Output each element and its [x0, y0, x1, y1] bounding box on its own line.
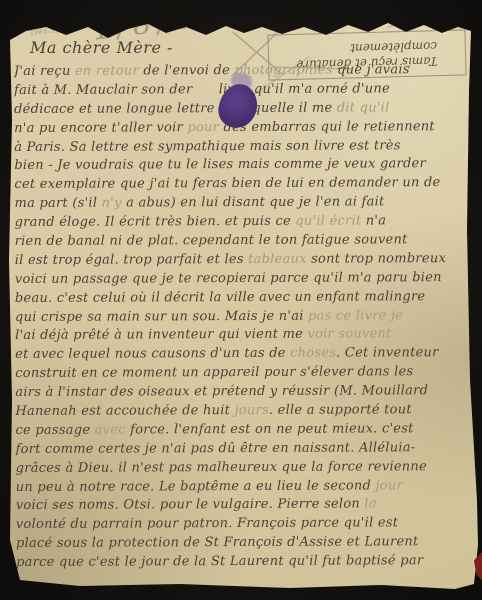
letter-line-segment: . elle a supporté tout — [269, 402, 412, 418]
letter-line: ma part (s'il n'y a abus) en lui disant … — [14, 194, 472, 215]
letter-line: l'ai déjà prêté à un inventeur qui vient… — [15, 326, 473, 347]
letter-line: qui crispe sa main sur un sou. Mais je n… — [15, 308, 473, 329]
letter-line: rien de banal ni de plat. cependant le t… — [15, 232, 473, 253]
archive-note-line: E. Bernard — [29, 17, 70, 29]
letter-line-segment: dit qu'il — [337, 100, 390, 115]
letter-line-segment: J'ai reçu — [14, 64, 75, 79]
letter-line-segment: construit en ce moment un appareil pour … — [15, 365, 413, 382]
letter-line-segment: rien de banal ni de plat. cependant le t… — [15, 232, 408, 249]
letter-line: grâces à Dieu. il n'est pas malheureux q… — [16, 459, 474, 480]
letter-line-segment: grand éloge. Il écrit très bien. et puis… — [15, 214, 296, 230]
letter-line-segment: et avec lequel nous causons d'un tas de — [15, 346, 290, 362]
letter-line-segment: voici ses noms. Otsi. pour le vulgaire. … — [16, 497, 365, 514]
letter-line: voici un passage que je te recopierai pa… — [15, 270, 473, 291]
letter-line: grand éloge. Il écrit très bien. et puis… — [15, 213, 473, 234]
letter-line: un peu à notre race. Le baptême a eu lie… — [16, 478, 474, 499]
archive-note-line: Ca. MAN — [28, 9, 69, 21]
letter-line: fort comme certes je n'ai pas dû être en… — [16, 440, 474, 461]
letter-line-segment: l'ai déjà prêté à un inventeur qui vient… — [15, 327, 307, 343]
letter-line: volonté du parrain pour patron. François… — [16, 515, 474, 536]
letter-line-segment: Hanenah est accouchée de huit — [15, 403, 234, 419]
letter-line-segment: a abus) en lui disant que je l'en ai fai… — [126, 195, 384, 211]
letter-line-segment: voici un passage que je te recopierai pa… — [15, 270, 442, 287]
letter-line-segment: n'a pu encore t'aller voir — [14, 120, 187, 136]
letter-line-segment — [192, 82, 218, 97]
letter-line: ce passage avec force. l'enfant est on n… — [15, 421, 473, 442]
letter-line-segment: la — [364, 497, 376, 512]
letter-line: construit en ce moment un appareil pour … — [15, 364, 473, 385]
letter-line: bien - Je voudrais que tu le lises mais … — [14, 156, 472, 177]
letter-line: cet exemplaire que j'ai tu feras bien de… — [14, 175, 472, 196]
letter-line-segment: pour — [187, 120, 223, 135]
letter-line: beau. c'est celui où il décrit la ville … — [15, 289, 473, 310]
letter-line: parce que c'est le jour de la St Laurent… — [16, 553, 474, 574]
letter-line: voici ses noms. Otsi. pour le vulgaire. … — [16, 496, 474, 517]
letter-line-segment: ma part (s'il — [14, 196, 101, 211]
letter-line-segment: voir souvent — [307, 327, 391, 342]
letter-line: à Paris. Sa lettre est sympathique mais … — [14, 138, 472, 159]
letter-line-segment: fort comme certes je n'ai pas dû être en… — [16, 440, 416, 457]
letter-line-segment: volonté du parrain pour patron. François… — [16, 516, 398, 533]
letter-line-segment: n'y — [102, 196, 127, 211]
letter-line-segment: jours — [234, 403, 268, 418]
letter-line: il est trop égal. trop parfait et les ta… — [15, 251, 473, 272]
letter-line-segment: cet exemplaire que j'ai tu feras bien de… — [14, 175, 440, 192]
letter-line-segment: jour — [375, 478, 403, 493]
letter-line-segment: sont trop nombreux — [311, 251, 446, 267]
salutation: Ma chère Mère - — [30, 38, 173, 57]
letter-line-segment: que j'avais — [337, 62, 410, 77]
letter-line-segment: parce que c'est le jour de la St Laurent… — [16, 553, 423, 570]
letter-line: placé sous la protection de St François … — [16, 534, 474, 555]
letter-line-segment: il est trop égal. trop parfait et les — [15, 252, 248, 268]
letter-line-segment: fait à M. Mauclair son der — [14, 82, 192, 98]
letter-body: J'ai reçu en retour de l'envoi de photog… — [14, 62, 474, 574]
letter-line-segment: avec — [95, 422, 131, 437]
letter-line: et avec lequel nous causons d'un tas de … — [15, 345, 473, 366]
letter-line: airs à l'instar des oiseaux et prétend y… — [15, 383, 473, 404]
letter-line-segment: ce passage — [15, 423, 94, 438]
letter-line-segment: n'a — [366, 214, 387, 229]
letter-line-segment: tableaux — [248, 252, 311, 267]
letter-line: Hanenah est accouchée de huit jours. ell… — [15, 402, 473, 423]
letter-line-segment: airs à l'instar des oiseaux et prétend y… — [15, 383, 428, 400]
letter-paper: Ca. MANE. Bernard1984-59-22 1/8/1895 Tam… — [0, 0, 482, 600]
letter-line-segment: force. l'enfant est on ne peut mieux. c'… — [130, 421, 414, 437]
letter-line-segment: à Paris. Sa lettre est sympathique mais … — [14, 138, 400, 155]
letter-photograph: Ca. MANE. Bernard1984-59-22 1/8/1895 Tam… — [0, 0, 482, 600]
letter-line-segment: un peu à notre race. Le baptême a eu lie… — [16, 478, 376, 495]
letter-line-segment: grâces à Dieu. il n'est pas malheureux q… — [16, 459, 427, 476]
letter-line-segment: qu'il écrit — [295, 214, 365, 229]
letter-line-segment: beau. c'est celui où il décrit la ville … — [15, 289, 426, 306]
letter-line-segment: des embarras qui le retiennent — [223, 119, 434, 135]
letter-line-segment: de l'envoi de — [143, 63, 234, 78]
letter-line-segment: pas ce livre je — [308, 308, 403, 323]
letter-line-segment: . Cet inventeur — [336, 346, 439, 361]
letter-line-segment: dédicace et une longue lettre en laquell… — [14, 100, 337, 116]
pencil-curve-stroke — [388, 21, 462, 27]
letter-line-segment: en retour — [75, 63, 143, 78]
letter-line-segment: qui crispe sa main sur un sou. Mais je n… — [15, 308, 308, 324]
letter-line-segment: choses — [290, 346, 336, 361]
letter-line-segment: bien - Je voudrais que tu le lises mais … — [14, 157, 426, 174]
letter-line-segment: placé sous la protection de St François … — [16, 535, 419, 552]
